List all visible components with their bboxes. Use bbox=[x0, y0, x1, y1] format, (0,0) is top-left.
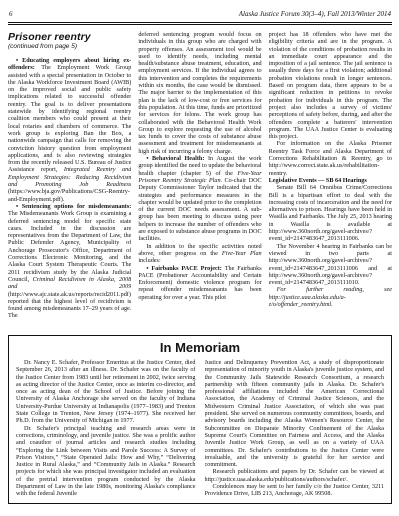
in-memoriam-title: In Memoriam bbox=[16, 340, 384, 356]
paragraph-sb64: Senate Bill 64 Omnibus Crime/Corrections… bbox=[269, 184, 392, 242]
page-number: 6 bbox=[9, 10, 13, 19]
running-head: 6 Alaska Justice Forum 30(3–4), Fall 201… bbox=[8, 10, 392, 19]
in-memoriam-left-column: Dr. Nancy E. Schafer, Professor Emeritus… bbox=[16, 359, 196, 498]
paragraph-sentencing-options: • Sentencing options for misdemeanants: … bbox=[8, 203, 131, 320]
paragraph-schafer-publications: Research publications and papers by Dr. … bbox=[205, 468, 385, 483]
section-heading-sb64-hearings: Legislative Events — SB 64 Hearings bbox=[269, 177, 392, 184]
paragraph-further-reading: For further reading, see http://justice.… bbox=[269, 286, 392, 308]
paragraph-fairbanks-pace: • Fairbanks PACE Project: The Fairbanks … bbox=[138, 265, 261, 301]
paragraph-pace-continued: project has 18 offenders who have met th… bbox=[269, 31, 392, 140]
paragraph-behavioral-health: • Behavioral Health: In August the work … bbox=[138, 155, 261, 243]
column-1: Prisoner reentry (continued from page 5)… bbox=[8, 31, 131, 331]
in-memoriam-right-column: Justice and Delinquency Prevention Act, … bbox=[205, 359, 385, 498]
paragraph-condolences: Condolences may be sent to her family c/… bbox=[205, 483, 385, 498]
column-3: project has 18 offenders who have met th… bbox=[269, 31, 392, 331]
article-columns: Prisoner reentry (continued from page 5)… bbox=[8, 31, 392, 331]
in-memoriam-box: In Memoriam Dr. Nancy E. Schafer, Profes… bbox=[8, 335, 392, 504]
paragraph-other-progress: In addition to the specific activities n… bbox=[138, 243, 261, 265]
paragraph-schafer-research: Dr. Schafer's principal teaching and res… bbox=[16, 425, 196, 498]
header-rule bbox=[8, 22, 392, 25]
column-2: deferred sentencing program would focus … bbox=[138, 31, 261, 331]
paragraph-task-force-info: For information on the Alaska Prisoner R… bbox=[269, 140, 392, 176]
continued-note: (continued from page 5) bbox=[8, 43, 131, 51]
in-memoriam-columns: Dr. Nancy E. Schafer, Professor Emeritus… bbox=[16, 359, 384, 498]
journal-title: Alaska Justice Forum 30(3–4), Fall 2013/… bbox=[239, 10, 391, 19]
article-title: Prisoner reentry bbox=[8, 31, 131, 43]
paragraph-deferred-sentencing: deferred sentencing program would focus … bbox=[138, 31, 261, 155]
paragraph-schafer-affiliations: Justice and Delinquency Prevention Act, … bbox=[205, 359, 385, 468]
paragraph-november-hearing: The November 4 hearing in Fairbanks can … bbox=[269, 243, 392, 287]
journal-page: 6 Alaska Justice Forum 30(3–4), Fall 201… bbox=[0, 0, 399, 504]
paragraph-schafer-obituary: Dr. Nancy E. Schafer, Professor Emeritus… bbox=[16, 359, 196, 425]
paragraph-educating-employers: • Educating employers about hiring ex-of… bbox=[8, 57, 131, 203]
